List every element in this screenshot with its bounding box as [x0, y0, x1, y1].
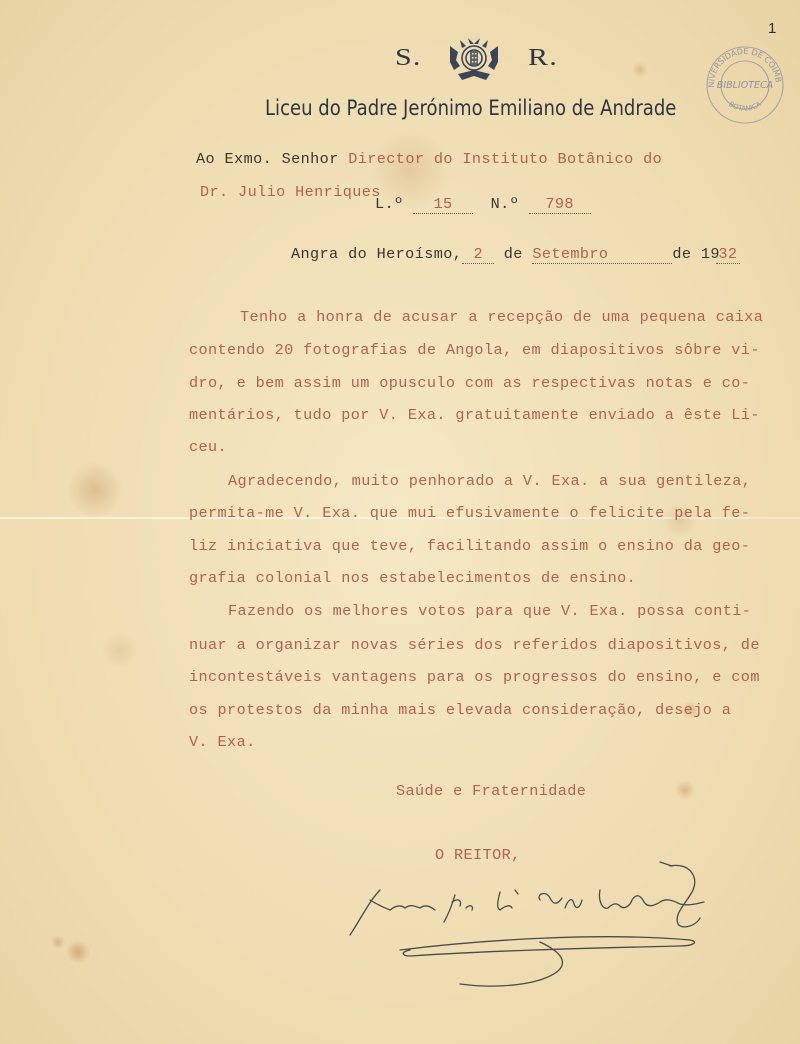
handwritten-signature-icon — [340, 860, 760, 990]
body-line: nuar a organizar novas séries dos referi… — [189, 636, 760, 654]
body-line: permita-me V. Exa. que mui efusivamente … — [189, 504, 750, 522]
body-line: contendo 20 fotografias de Angola, em di… — [189, 341, 760, 359]
body-line: ceu. — [189, 438, 227, 456]
book-label: L.º — [375, 195, 404, 213]
body-line: Tenho a honra de acusar a recepção de um… — [240, 308, 763, 326]
addressee-title: Director do Instituto Botânico do — [348, 150, 662, 168]
date-month: Setembro — [532, 245, 672, 264]
date-year-suffix: 32 — [716, 245, 740, 264]
body-line: Agradecendo, muito penhorado a V. Exa. a… — [228, 472, 751, 490]
date-day: 2 — [462, 245, 494, 264]
body-line: os protestos da minha mais elevada consi… — [189, 701, 731, 719]
page-number: 1 — [768, 20, 776, 37]
date-place: Angra do Heroísmo, — [291, 245, 462, 263]
date-de-2: de — [672, 245, 691, 263]
addressee-prefix: Ao Exmo. Senhor — [196, 150, 348, 168]
addressee-name: Dr. Julio Henriques — [200, 183, 381, 201]
letterhead-initial-s: S. — [395, 45, 422, 72]
date-de-1: de — [504, 245, 523, 263]
body-line: liz iniciativa que teve, facilitando ass… — [189, 537, 750, 555]
addressee-line-1: Ao Exmo. Senhor Director do Instituto Bo… — [196, 150, 662, 168]
reference-line: L.º 15 N.º 798 — [375, 195, 591, 214]
body-line: V. Exa. — [189, 733, 256, 751]
svg-text:BOTANICA: BOTANICA — [727, 100, 763, 113]
library-stamp-icon: UNIVERSIDADE DE COIMBRA BOTANICA BIBLIOT… — [704, 44, 786, 126]
body-line: mentários, tudo por V. Exa. gratuitament… — [189, 406, 760, 424]
closing-salutation: Saúde e Fraternidade — [396, 782, 586, 800]
institution-name: Liceu do Padre Jerónimo Emiliano de Andr… — [265, 96, 676, 120]
coat-of-arms-icon — [446, 36, 502, 82]
body-line: dro, e bem assim um opusculo com as resp… — [189, 374, 750, 392]
book-value: 15 — [413, 195, 473, 214]
dateline: Angra do Heroísmo,2 de Setembrode 1932 — [291, 245, 740, 264]
number-label: N.º — [491, 195, 520, 213]
body-line: incontestáveis vantagens para os progres… — [189, 668, 760, 686]
number-value: 798 — [529, 195, 591, 214]
letterhead-initial-r: R. — [528, 45, 558, 72]
svg-text:BIBLIOTECA: BIBLIOTECA — [717, 80, 773, 91]
body-line: Fazendo os melhores votos para que V. Ex… — [228, 602, 751, 620]
body-line: grafia colonial nos estabelecimentos de … — [189, 569, 636, 587]
